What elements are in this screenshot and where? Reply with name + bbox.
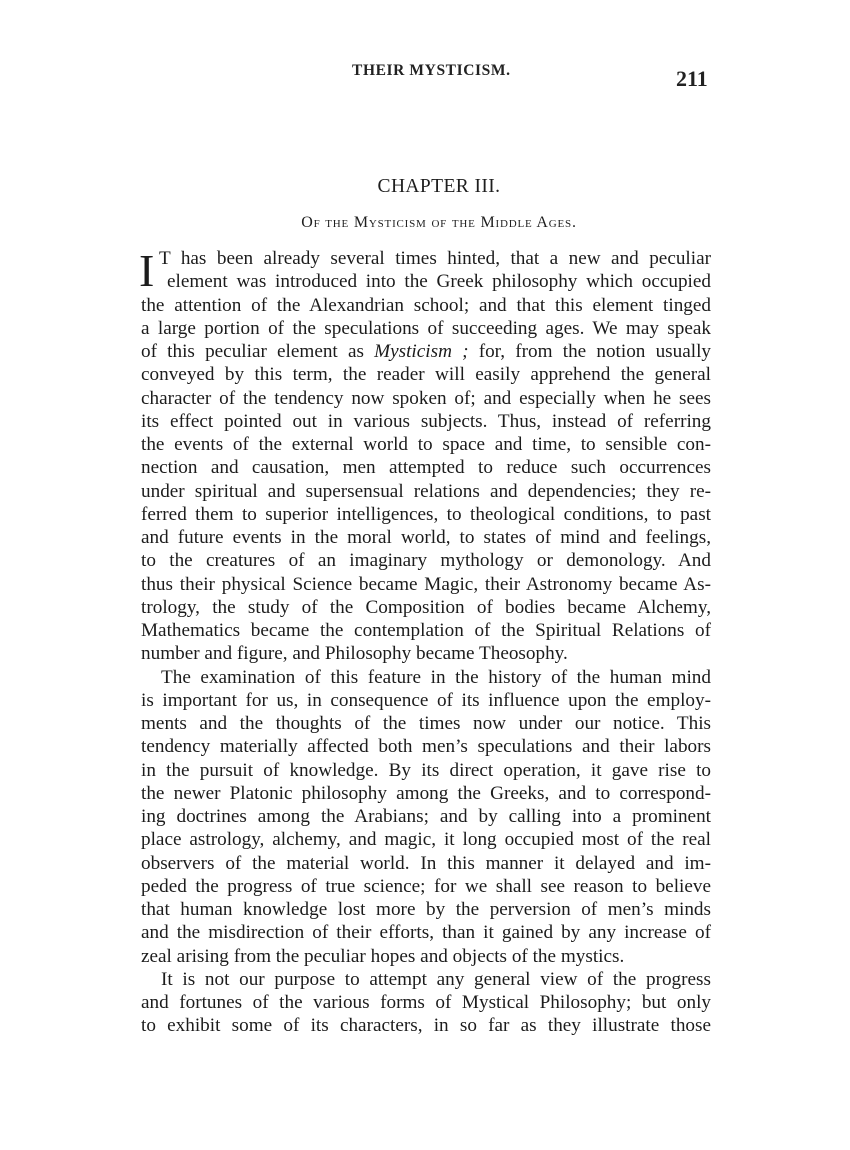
text-line: to the creatures of an imaginary mytholo… (141, 549, 711, 572)
text-line: zeal arising from the peculiar hopes and… (141, 945, 711, 968)
text-line: It is not our purpose to attempt any gen… (141, 968, 711, 991)
body-text: I T has been already several times hinte… (141, 247, 711, 1038)
text-line: its effect pointed out in various subjec… (141, 410, 711, 433)
text-line: in the pursuit of knowledge. By its dire… (141, 759, 711, 782)
text-line: of this peculiar element as Mysticism ; … (141, 340, 711, 363)
text-line: Mathematics became the contemplation of … (141, 619, 711, 642)
chapter-title: CHAPTER III. (0, 176, 850, 198)
text-line: thus their physical Science became Magic… (141, 573, 711, 596)
text-line: to exhibit some of its characters, in so… (141, 1014, 711, 1037)
text-line: under spiritual and supersensual relatio… (141, 480, 711, 503)
text-line: the attention of the Alexandrian school;… (141, 294, 711, 317)
chapter-subtitle: Of the Mysticism of the Middle Ages. (0, 214, 850, 232)
text-line: element was introduced into the Greek ph… (141, 270, 711, 293)
paragraph-3: It is not our purpose to attempt any gen… (141, 968, 711, 1038)
text-line: ferred them to superior intelligences, t… (141, 503, 711, 526)
text-line: T has been already several times hinted,… (141, 247, 711, 270)
text-line: and the misdirection of their efforts, t… (141, 921, 711, 944)
running-head: THEIR MYSTICISM. (352, 62, 511, 80)
text-line: and future events in the moral world, to… (141, 526, 711, 549)
paragraph-1: I T has been already several times hinte… (141, 247, 711, 666)
text-line: the events of the external world to spac… (141, 433, 711, 456)
text-line: trology, the study of the Composition of… (141, 596, 711, 619)
emphasized-term: Mysticism ; (374, 341, 468, 362)
text-line: character of the tendency now spoken of;… (141, 387, 711, 410)
text-line: ing doctrines among the Arabians; and by… (141, 805, 711, 828)
text-line: a large portion of the speculations of s… (141, 317, 711, 340)
text-line: number and figure, and Philosophy became… (141, 642, 711, 665)
text-line: ments and the thoughts of the times now … (141, 712, 711, 735)
text-line: and fortunes of the various forms of Mys… (141, 991, 711, 1014)
book-page: THEIR MYSTICISM. 211 CHAPTER III. Of the… (0, 0, 850, 1150)
text-line: that human knowledge lost more by the pe… (141, 898, 711, 921)
page-number: 211 (676, 66, 708, 92)
text-line: tendency materially affected both men’s … (141, 735, 711, 758)
drop-cap: I (139, 249, 154, 293)
text-line: place astrology, alchemy, and magic, it … (141, 828, 711, 851)
text-line: The examination of this feature in the h… (141, 666, 711, 689)
text-line: peded the progress of true science; for … (141, 875, 711, 898)
text-line: the newer Platonic philosophy among the … (141, 782, 711, 805)
text-line: nection and causation, men attempted to … (141, 456, 711, 479)
paragraph-2: The examination of this feature in the h… (141, 666, 711, 968)
text-line: conveyed by this term, the reader will e… (141, 363, 711, 386)
text-line: is important for us, in consequence of i… (141, 689, 711, 712)
text-segment: for, from the notion usually (479, 341, 711, 362)
text-segment: of this peculiar element as (141, 341, 364, 362)
text-line: observers of the material world. In this… (141, 852, 711, 875)
